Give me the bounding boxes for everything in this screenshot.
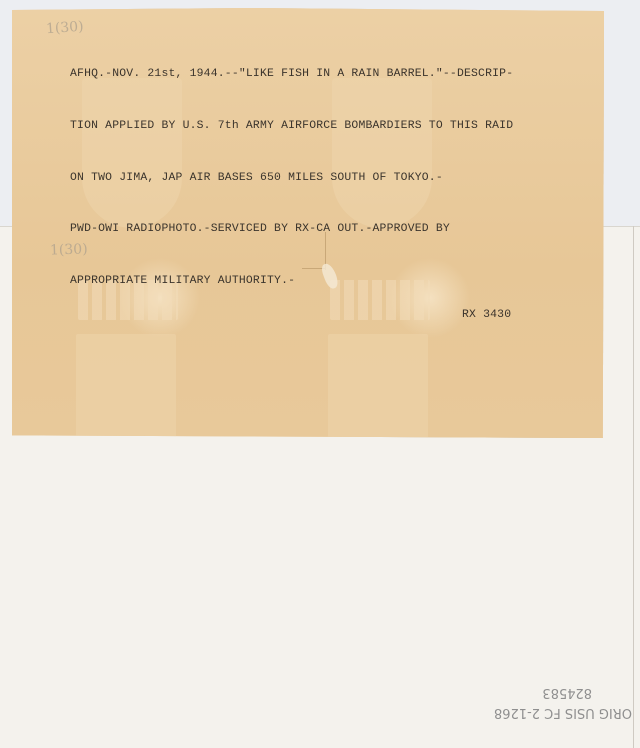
inverted-note-line: 824583	[494, 682, 632, 702]
inverted-note-line: ORIG USIS FC 2-1268	[494, 702, 632, 722]
inverted-handwritten-note: ORIG USIS FC 2-1268 824583	[494, 682, 632, 722]
caption-line: PWD-OWI RADIOPHOTO.-SERVICED BY RX-CA OU…	[70, 221, 600, 238]
caption-line: ON TWO JIMA, JAP AIR BASES 650 MILES SOU…	[70, 170, 600, 187]
caption-sheet: 1(30) 1(30) AFHQ.-NOV. 21st, 1944.--"LIK…	[12, 8, 604, 438]
caption-line: APPROPRIATE MILITARY AUTHORITY.-	[70, 273, 600, 290]
caption-text: AFHQ.-NOV. 21st, 1944.--"LIKE FISH IN A …	[70, 32, 600, 359]
mount-card-edge	[633, 226, 634, 748]
reference-code: RX 3430	[70, 307, 600, 324]
caption-line: TION APPLIED BY U.S. 7th ARMY AIRFORCE B…	[70, 118, 600, 135]
caption-line: AFHQ.-NOV. 21st, 1944.--"LIKE FISH IN A …	[70, 66, 600, 83]
